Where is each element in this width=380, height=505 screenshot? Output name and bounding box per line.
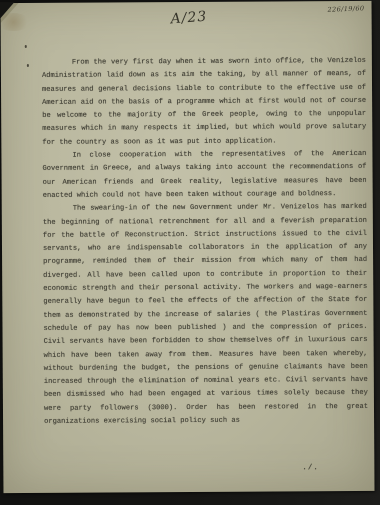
scanned-photo-background: 226/19/60 A/23 From the very first day w… <box>0 0 380 505</box>
handwritten-file-reference: 226/19/60 <box>327 4 364 14</box>
ink-speck <box>25 45 27 48</box>
handwritten-page-mark: A/23 <box>170 9 208 28</box>
typewritten-body: From the very first day when it was swor… <box>42 55 368 429</box>
paragraph: From the very first day when it was swor… <box>42 55 367 150</box>
continuation-mark: ./. <box>302 464 319 472</box>
paper-stain <box>0 13 31 31</box>
paragraph: In close cooperation with the representa… <box>42 148 366 203</box>
paper-sheet: 226/19/60 A/23 From the very first day w… <box>1 1 375 493</box>
paragraph: The swearing-in of the new Government un… <box>43 201 368 429</box>
ink-speck <box>27 64 29 67</box>
